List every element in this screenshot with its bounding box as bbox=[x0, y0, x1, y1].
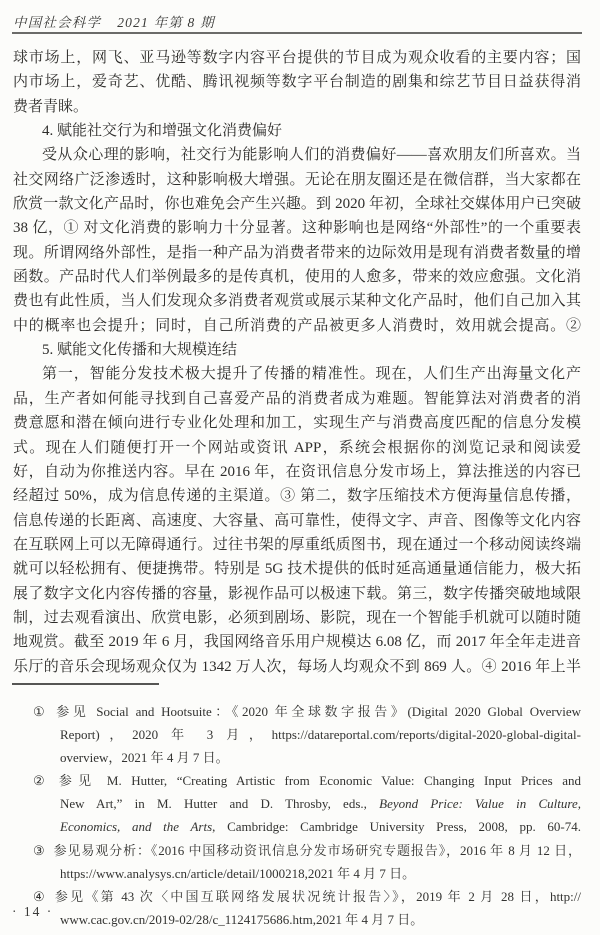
header-rule bbox=[12, 32, 582, 34]
body-line: 现。所谓网络外部性，是指一种产品为消费者带来的边际效用是现有消费者数量的增 bbox=[13, 241, 581, 265]
subsection-heading-4: 4. 赋能社交行为和增强文化消费偏好 bbox=[13, 119, 581, 143]
body-line: 费者青睐。 bbox=[13, 95, 581, 119]
issue-label: 2021 年第 8 期 bbox=[117, 15, 215, 30]
footnote-line: ②参见 M. Hutter, “Creating Artistic from E… bbox=[13, 769, 581, 792]
footnote-text: 参见 M. Hutter, “Creating Artistic from Ec… bbox=[59, 773, 581, 788]
footnote-1: ①参见 Social and Hootsuite：《2020 年全球数字报告》(… bbox=[13, 700, 581, 769]
footnote-line: https://www.analysys.cn/article/detail/1… bbox=[13, 862, 581, 885]
body-line: 品，生产者如何能寻找到自己喜爱产品的消费者成为难题。智能算法对消费者的消 bbox=[13, 387, 581, 411]
journal-title: 中国社会科学 bbox=[13, 15, 101, 30]
body-line: 好，自动为你推送内容。早在 2016 年，在资讯信息分发市场上，算法推送的内容已 bbox=[13, 460, 581, 484]
body-line: 制，过去观看演出、欣赏电影，必须到剧场、影院，现在一个智能手机就可以随时随 bbox=[13, 606, 581, 630]
footnote-4: ④参见《第 43 次〈中国互联网络发展状况统计报告〉》，2019 年 2 月 2… bbox=[13, 885, 581, 931]
body-line: 中的概率也会提升；同时，自己所消费的产品被更多人消费时，效用就会提高。② bbox=[13, 314, 581, 338]
footnote-marker: ② bbox=[33, 773, 51, 788]
footnote-text: New Art,” in M. Hutter and D. Throsby, e… bbox=[60, 796, 379, 811]
body-line: 地观赏。截至 2019 年 6 月，我国网络音乐用户规模达 6.08 亿，而 2… bbox=[13, 630, 581, 654]
footnote-book-title: Economics, and the Arts bbox=[60, 819, 212, 834]
footnote-line: ③参见易观分析：《2016 中国移动资讯信息分发市场研究专题报告》，2016 年… bbox=[13, 839, 581, 862]
body-line: 就可以轻松拥有、便捷携带。特别是 5G 技术提供的低时延高通量通信能力，极大拓 bbox=[13, 557, 581, 581]
body-line: 展了数字文化内容传播的容量，影视作品可以极速下载。第三，数字传播突破地域限 bbox=[13, 582, 581, 606]
footnote-3: ③参见易观分析：《2016 中国移动资讯信息分发市场研究专题报告》，2016 年… bbox=[13, 839, 581, 885]
footnote-2: ②参见 M. Hutter, “Creating Artistic from E… bbox=[13, 769, 581, 838]
body-line: 函数。产品时代人们举例最多的是传真机，使用的人愈多，带来的效应愈强。文化消 bbox=[13, 265, 581, 289]
footnote-line: Report)，2020 年 3 月，https://datareportal.… bbox=[13, 723, 581, 746]
article-body: 球市场上，网飞、亚马逊等数字内容平台提供的节目成为观众收看的主要内容；国 内市场… bbox=[13, 46, 581, 679]
running-header: 中国社会科学2021 年第 8 期 bbox=[13, 11, 215, 31]
body-line: 式。现在人们随便打开一个网站或资讯 APP，系统会根据你的浏览记录和阅读爱 bbox=[13, 436, 581, 460]
body-line: 费也有此性质，当人们发现众多消费者观赏或展示某种文化产品时，他们自己加入其 bbox=[13, 289, 581, 313]
body-line: 社交网络广泛渗透时，这种影响极大增强。无论在朋友圈还是在微信群，当大家都在 bbox=[13, 168, 581, 192]
footnote-text: 参见《第 43 次〈中国互联网络发展状况统计报告〉》，2019 年 2 月 28… bbox=[55, 889, 581, 904]
footnote-text: 参见易观分析：《2016 中国移动资讯信息分发市场研究专题报告》，2016 年 … bbox=[54, 843, 581, 858]
footnote-marker: ③ bbox=[33, 843, 46, 858]
footnote-marker: ① bbox=[33, 704, 48, 719]
body-line: 经超过 50%，成为信息传递的主渠道。③ 第二，数字压缩技术方便海量信息传播， bbox=[13, 484, 581, 508]
subsection-heading-5: 5. 赋能文化传播和大规模连结 bbox=[13, 338, 581, 362]
body-line: 乐厅的音乐会现场观众仅为 1342 万人次，每场人均观众不到 869 人。④ 2… bbox=[13, 655, 581, 679]
body-line: 内市场上，爱奇艺、优酷、腾讯视频等数字平台制造的剧集和综艺节目日益获得消 bbox=[13, 70, 581, 94]
footnote-line: Economics, and the Arts, Cambridge: Camb… bbox=[13, 815, 581, 838]
footnote-text: 参见 Social and Hootsuite：《2020 年全球数字报告》(D… bbox=[56, 704, 581, 719]
footnote-line: www.cac.gov.cn/2019-02/28/c_1124175686.h… bbox=[13, 908, 581, 931]
footnote-line: ①参见 Social and Hootsuite：《2020 年全球数字报告》(… bbox=[13, 700, 581, 723]
body-line: 38 亿，① 对文化消费的影响力十分显著。这种影响也是网络“外部性”的一个重要表 bbox=[13, 216, 581, 240]
body-line: 第一，智能分发技术极大提升了传播的精准性。现在，人们生产出海量文化产 bbox=[13, 362, 581, 386]
footnote-text: , Cambridge: Cambridge University Press,… bbox=[212, 819, 581, 834]
body-line: 在互联网上可以无障碍通行。过往书架的厚重纸质图书，现在通过一个移动阅读终端 bbox=[13, 533, 581, 557]
body-line: 费意愿和潜在倾向进行专业化处理和加工，实现生产与消费高度匹配的信息分发模 bbox=[13, 411, 581, 435]
body-line: 信息传递的长距离、高速度、大容量、高可靠性，使得文字、声音、图像等文化内容 bbox=[13, 509, 581, 533]
footnote-book-title: Beyond Price: Value in Culture, bbox=[379, 796, 581, 811]
footnotes: ①参见 Social and Hootsuite：《2020 年全球数字报告》(… bbox=[13, 700, 581, 931]
footnote-marker: ④ bbox=[33, 889, 47, 904]
page-number: · 14 · bbox=[12, 904, 53, 920]
journal-page: 中国社会科学2021 年第 8 期 球市场上，网飞、亚马逊等数字内容平台提供的节… bbox=[0, 0, 600, 935]
body-line: 球市场上，网飞、亚马逊等数字内容平台提供的节目成为观众收看的主要内容；国 bbox=[13, 46, 581, 70]
body-line: 欣赏一款文化产品时，你也难免会产生兴趣。到 2020 年初，全球社交媒体用户已突… bbox=[13, 192, 581, 216]
footnote-line: New Art,” in M. Hutter and D. Throsby, e… bbox=[13, 792, 581, 815]
footnote-line: overview，2021 年 4 月 7 日。 bbox=[13, 746, 581, 769]
footnote-separator bbox=[12, 683, 159, 685]
body-line: 受从众心理的影响，社交行为能影响人们的消费偏好——喜欢朋友们所喜欢。当 bbox=[13, 143, 581, 167]
footnote-line: ④参见《第 43 次〈中国互联网络发展状况统计报告〉》，2019 年 2 月 2… bbox=[13, 885, 581, 908]
